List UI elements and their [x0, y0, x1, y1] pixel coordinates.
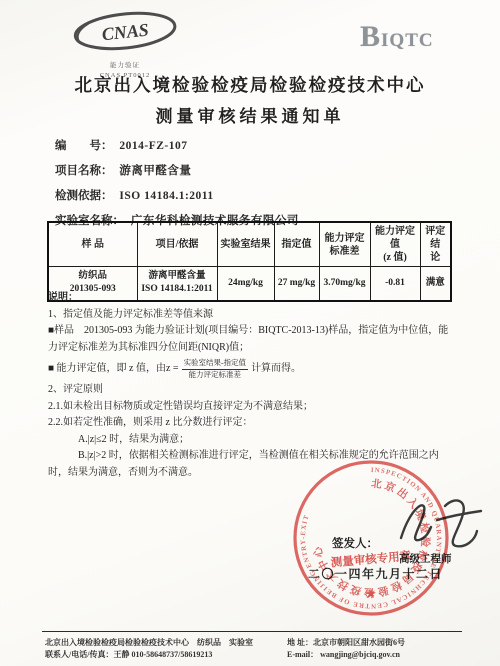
note-1-bullet-2: ■ 能力评定值，即 z 值，由z = 实验室结果-指定值 能力评定标准差 计算而… — [48, 356, 456, 382]
fraction-numerator: 实验室结果-指定值 — [182, 358, 249, 369]
field-project-value: 游离甲醛含量 — [119, 162, 191, 178]
footer-contact-line: 联系人/电话/传真：王静 010-58648737/58619213 — [45, 649, 253, 661]
cnas-logo-icon: CNAS — [69, 8, 181, 56]
cnas-logo-block: CNAS 能力验证 CNAS PT0012 — [66, 8, 184, 81]
signature-date: 二〇一四年九月十二日 — [308, 565, 443, 582]
note-2-1: 2.1.如未检出目标物质或定性错误均直接评定为不满意结果； — [48, 399, 456, 416]
result-table-header-row: 样 品 项目/依据 实验室结果 指定值 能力评定 标准差 能力评定值 (z 值)… — [48, 222, 451, 267]
note-1-title: 1、指定值及能力评定标准差等值来源 — [48, 307, 456, 324]
col-assigned-value: 指定值 — [274, 222, 319, 267]
svg-text:北京出入境检验检疫局检验检疫技术中心: 北京出入境检验检疫局检验检疫技术中心 — [310, 478, 432, 600]
official-red-stamp-icon: INSPECTION AND QUARANTINE TECHNICAL CENT… — [290, 457, 452, 619]
issuer-label: 签发人： — [332, 535, 378, 551]
col-zvalue: 能力评定值 (z 值) — [370, 222, 420, 267]
notes-heading: 说明： — [48, 290, 456, 307]
field-number-value: 2014-FZ-107 — [119, 140, 187, 152]
notes-section: 说明： 1、指定值及能力评定标准差等值来源 ■样品 201305-093 为能力… — [48, 290, 456, 481]
note-2-title: 2、评定原则 — [48, 382, 456, 399]
field-basis-value: ISO 14184.1:2011 — [119, 190, 213, 202]
field-project-label: 项目名称： — [55, 162, 113, 178]
biqtc-logo: BIQTC — [360, 20, 434, 54]
col-sample: 样 品 — [48, 222, 137, 267]
svg-text:INSPECTION AND QUARANTINE TECH: INSPECTION AND QUARANTINE TECHNICAL CENT… — [300, 467, 442, 609]
col-conclusion: 评定结 论 — [420, 222, 451, 267]
col-lab-result: 实验室结果 — [217, 222, 274, 267]
note-2-2a: A.|z|≤2 时，结果为满意； — [48, 432, 456, 449]
cnas-caption-1: 能力验证 — [66, 61, 184, 71]
formula-prefix: ■ 能力评定值，即 z 值，由z = — [48, 361, 179, 378]
note-1-bullet-1: ■样品 201305-093 为能力验证计划(项目编号：BIQTC-2013-1… — [48, 323, 456, 356]
biqtc-logo-rest: IQTC — [381, 30, 434, 51]
footer-right: 地 址：北京市朝阳区甜水园街6号 E-mail： wangjing@bjciq.… — [287, 637, 405, 661]
note-2-2b: B.|z|>2 时，依据相关检测标准进行评定，当检测值在相关标准规定的允许范围之… — [48, 448, 456, 481]
svg-text:CNAS: CNAS — [101, 20, 150, 45]
field-test-basis: 检测依据： ISO 14184.1:2011 — [55, 187, 455, 212]
document-page: CNAS 能力验证 CNAS PT0012 BIQTC 北京出入境检验检疫局检验… — [0, 0, 500, 666]
stamp-star-icon: ★ — [365, 586, 377, 601]
handwritten-signature — [393, 494, 493, 558]
z-formula-fraction: 实验室结果-指定值 能力评定标准差 — [182, 358, 249, 379]
footer-address-line: 地 址：北京市朝阳区甜水园街6号 — [287, 637, 405, 649]
field-number-label: 编 号： — [55, 137, 113, 153]
footer-email-line: E-mail： wangjing@bjciq.gov.cn — [287, 649, 405, 661]
col-item-basis: 项目/依据 — [137, 222, 217, 267]
footer-left: 北京出入境检验检疫局检验检疫技术中心 纺织品 实验室 联系人/电话/传真：王静 … — [45, 637, 253, 661]
field-basis-label: 检测依据： — [55, 187, 113, 203]
biqtc-logo-initial: B — [360, 20, 381, 53]
footer-divider — [42, 631, 462, 632]
engineer-title: 高级工程师 — [399, 551, 452, 566]
fraction-denominator: 能力评定标准差 — [182, 370, 249, 380]
document-title: 北京出入境检验检疫局检验检疫技术中心 — [0, 72, 500, 97]
footer-org-line: 北京出入境检验检疫局检验检疫技术中心 纺织品 实验室 — [45, 637, 253, 649]
document-subtitle: 测量审核结果通知单 — [0, 102, 500, 127]
field-number: 编 号： 2014-FZ-107 — [55, 137, 455, 162]
col-stddev: 能力评定 标准差 — [319, 222, 370, 267]
field-project-name: 项目名称： 游离甲醛含量 — [55, 162, 455, 187]
stamp-center-text: 测量审核专用章 — [330, 548, 412, 569]
note-2-2: 2.2.如若定性准确，则采用 z 比分数进行评定： — [48, 415, 456, 432]
formula-suffix: 计算而得。 — [251, 361, 301, 378]
